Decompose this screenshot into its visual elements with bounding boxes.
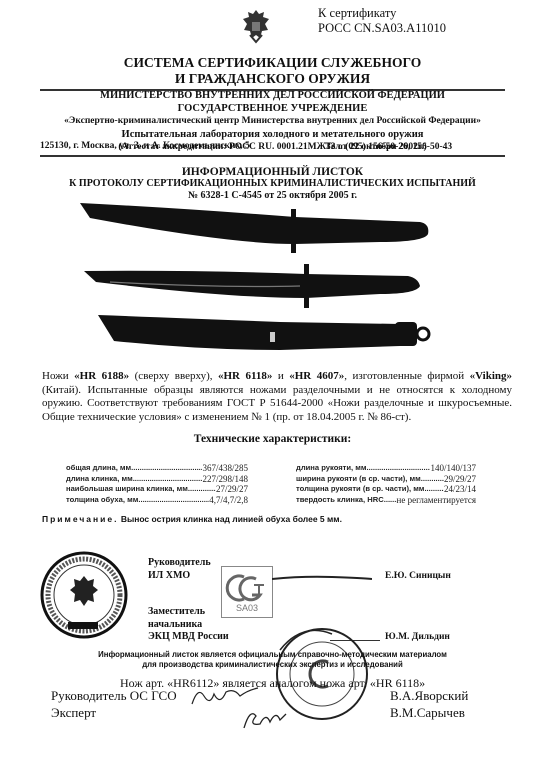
model-hr6118: «HR 6118» xyxy=(218,370,272,382)
spec-label: наибольшая ширина клинка, мм xyxy=(66,484,188,495)
desc-text: (Китай). Испытанные образцы являются нож… xyxy=(42,384,512,423)
spec-row: толщина обуха, мм4,7/4,7/2,8 xyxy=(66,495,248,506)
role2-line2: начальника xyxy=(148,619,229,632)
model-hr6188: «HR 6188» xyxy=(74,370,129,382)
spec-label: общая длина, мм xyxy=(66,463,131,474)
role4: Эксперт xyxy=(51,704,177,721)
spec-label: длина клинка, мм xyxy=(66,474,133,485)
spec-value: 227/298/148 xyxy=(202,474,248,485)
lab-name: Испытательная лаборатория холодного и ме… xyxy=(0,128,545,141)
note-text: Вынос острия клинка над линией обуха бол… xyxy=(118,514,342,524)
note-label: Примечание. xyxy=(42,514,118,524)
leader-dots xyxy=(421,474,444,485)
role2-line1: Заместитель xyxy=(148,606,229,619)
leader-dots xyxy=(131,463,202,474)
spec-label: толщина обуха, мм xyxy=(66,495,138,506)
spec-value: 4,7/4,7/2,8 xyxy=(209,495,248,506)
knives-photo xyxy=(80,200,450,350)
spec-value: 29/29/27 xyxy=(444,474,476,485)
specs-left: общая длина, мм367/438/285длина клинка, … xyxy=(66,463,248,505)
footnote-line1: Информационный листок является официальн… xyxy=(0,650,545,660)
footnote-line2: для производства криминалистических эксп… xyxy=(0,660,545,670)
leader-dots xyxy=(424,484,444,495)
spec-label: толщина рукояти (в ср. части), мм xyxy=(296,484,424,495)
spec-value: 367/438/285 xyxy=(202,463,248,474)
system-title-line1: СИСТЕМА СЕРТИФИКАЦИИ СЛУЖЕБНОГО xyxy=(0,55,545,71)
info-sheet-heading: ИНФОРМАЦИОННЫЙ ЛИСТОК xyxy=(0,166,545,178)
name4: В.М.Сарычев xyxy=(390,704,468,721)
spec-label: длина рукояти, мм xyxy=(296,463,367,474)
spec-row: твердость клинка, HRCне регламентируется xyxy=(296,495,476,506)
coat-of-arms-icon xyxy=(240,8,272,44)
certificate-reference: К сертификату РОСС CN.SA03.A11010 xyxy=(318,6,446,36)
desc-text: Ножи xyxy=(42,370,74,382)
spec-value: 27/29/27 xyxy=(216,484,248,495)
info-sheet-subtitle: К ПРОТОКОЛУ СЕРТИФИКАЦИОННЫХ КРИМИНАЛИСТ… xyxy=(0,178,545,190)
cert-ref-number: РОСС CN.SA03.A11010 xyxy=(318,21,446,36)
system-title: СИСТЕМА СЕРТИФИКАЦИИ СЛУЖЕБНОГО И ГРАЖДА… xyxy=(0,55,545,87)
name3: В.А.Яворский xyxy=(390,687,468,704)
spec-row: общая длина, мм367/438/285 xyxy=(66,463,248,474)
leader-dots xyxy=(367,463,431,474)
knife-hr6118 xyxy=(84,264,420,308)
signatory-name-2: Ю.М. Дильдин xyxy=(385,632,450,642)
signature-1 xyxy=(272,574,372,582)
signatory-roles-os: Руководитель ОС ГСО Эксперт xyxy=(51,687,177,721)
institution-name: ГОСУДАРСТВЕННОЕ УЧРЕЖДЕНИЕ xyxy=(0,102,545,115)
leader-dots xyxy=(384,495,397,506)
specs-right: длина рукояти, мм140/140/137ширина рукоя… xyxy=(296,463,476,505)
desc-text: и xyxy=(272,370,289,382)
ministry-seal-icon xyxy=(40,550,128,640)
phone: Тел. (095) 156-50-26, 156-50-43 xyxy=(325,142,452,152)
model-hr4607: «HR 4607» xyxy=(289,370,344,382)
system-title-line2: И ГРАЖДАНСКОГО ОРУЖИЯ xyxy=(0,71,545,87)
spec-row: длина клинка, мм227/298/148 xyxy=(66,474,248,485)
role1-line2: ИЛ ХМО xyxy=(148,570,211,583)
spec-value: не регламентируется xyxy=(397,495,476,506)
manufacturer: «Viking» xyxy=(470,370,512,382)
info-sheet-title: ИНФОРМАЦИОННЫЙ ЛИСТОК К ПРОТОКОЛУ СЕРТИФ… xyxy=(0,166,545,202)
signatory-role-1: Руководитель ИЛ ХМО xyxy=(148,557,211,582)
signature-4 xyxy=(240,706,290,732)
signatory-names-os: В.А.Яворский В.М.Сарычев xyxy=(390,687,468,721)
signatory-name-1: Е.Ю. Синицын xyxy=(385,571,451,581)
spec-label: твердость клинка, HRC xyxy=(296,495,384,506)
spec-row: ширина рукояти (в ср. части), мм29/29/27 xyxy=(296,474,476,485)
cert-ref-label: К сертификату xyxy=(318,6,446,21)
gost-mark-code: SA03 xyxy=(222,603,272,613)
knives-description: Ножи «HR 6188» (сверху вверху), «HR 6118… xyxy=(42,370,512,424)
footnote: Информационный листок является официальн… xyxy=(0,650,545,670)
role1-line1: Руководитель xyxy=(148,557,211,570)
divider xyxy=(40,155,505,157)
address: 125130, г. Москва, ул. З. и А. Космодемь… xyxy=(40,141,250,151)
spec-row: толщина рукояти (в ср. части), мм24/23/1… xyxy=(296,484,476,495)
gost-mark: SA03 xyxy=(221,566,273,618)
spec-row: длина рукояти, мм140/140/137 xyxy=(296,463,476,474)
leader-dots xyxy=(133,474,203,485)
spec-label: ширина рукояти (в ср. части), мм xyxy=(296,474,421,485)
signatory-role-2: Заместитель начальника ЭКЦ МВД России xyxy=(148,606,229,644)
spec-value: 140/140/137 xyxy=(430,463,476,474)
center-name: «Экспертно-криминалистический центр Мини… xyxy=(0,115,545,128)
role2-line3: ЭКЦ МВД России xyxy=(148,631,229,644)
note: Примечание. Вынос острия клинка над лини… xyxy=(42,514,342,524)
desc-text: (сверху вверху), xyxy=(129,370,218,382)
desc-text: , изготовленные фирмой xyxy=(344,370,469,382)
spec-row: наибольшая ширина клинка, мм27/29/27 xyxy=(66,484,248,495)
knife-hr6188 xyxy=(80,203,428,253)
leader-dots xyxy=(188,484,216,495)
leader-dots xyxy=(138,495,209,506)
ministry-name: МИНИСТЕРСТВО ВНУТРЕННИХ ДЕЛ РОССИЙСКОЙ Ф… xyxy=(0,89,545,102)
knife-hr4607 xyxy=(98,315,429,350)
role3: Руководитель ОС ГСО xyxy=(51,687,177,704)
technical-heading: Технические характеристики: xyxy=(0,433,545,445)
spec-value: 24/23/14 xyxy=(444,484,476,495)
